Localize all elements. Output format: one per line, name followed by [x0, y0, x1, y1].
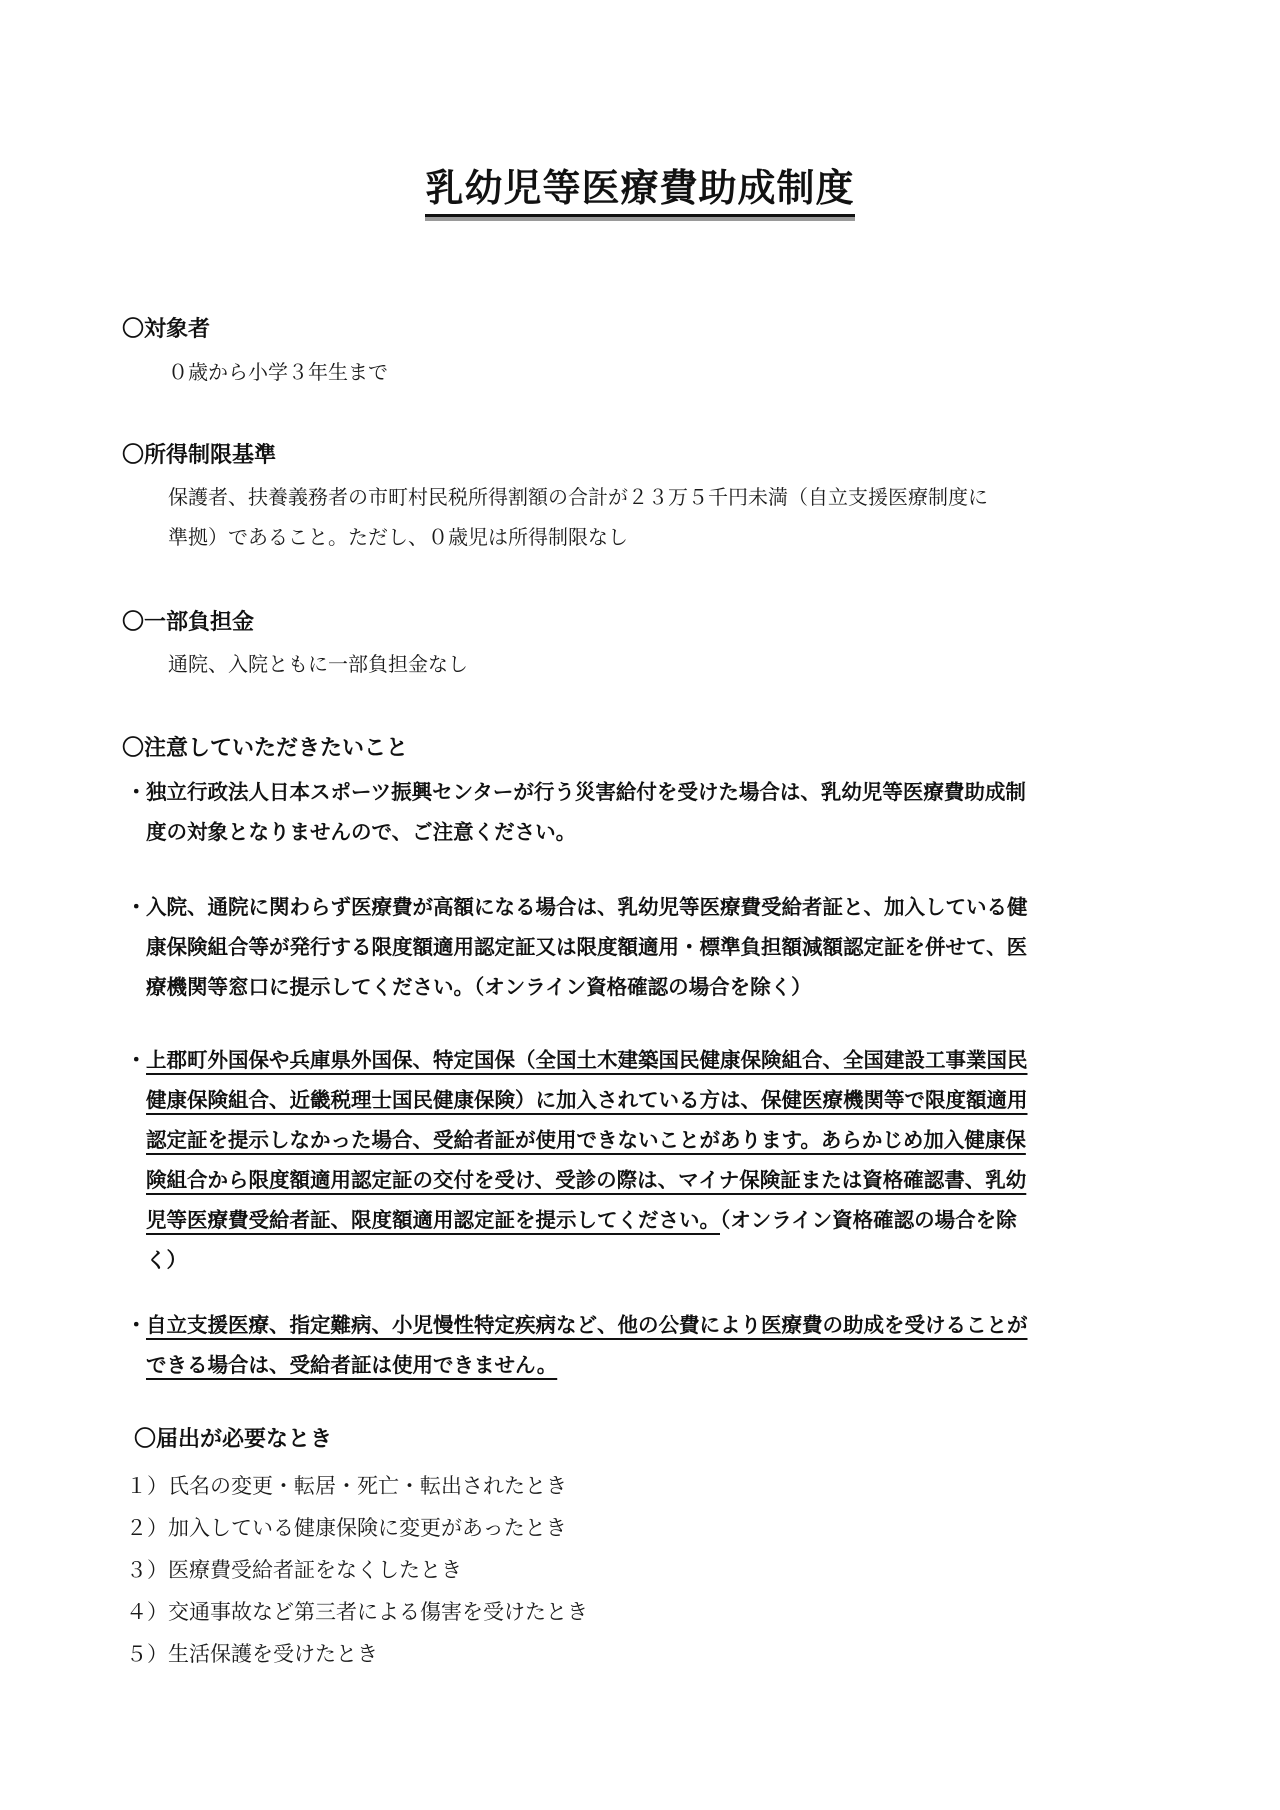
note-3-line-5-rest: （オンライン資格確認の場合を除: [720, 1208, 1017, 1232]
note-1-line-2: 度の対象となりませんので、ご注意ください。: [146, 812, 1166, 852]
note-2-line-1: 入院、通院に関わらず医療費が高額になる場合は、乳幼児等医療費受給者証と、加入して…: [146, 887, 1166, 927]
income-limit-line-1: 保護者、扶養義務者の市町村民税所得割額の合計が２３万５千円未満（自立支援医療制度…: [168, 477, 988, 517]
note-3-line-3: 認定証を提示しなかった場合、受給者証が使用できないことがあります。あらかじめ加入…: [146, 1128, 1026, 1152]
title-container: 乳幼児等医療費助成制度: [0, 166, 1280, 217]
bullet-icon: ・: [126, 887, 146, 927]
bullet-icon: ・: [126, 772, 146, 812]
list-item: ３）医療費受給者証をなくしたとき: [126, 1549, 588, 1591]
note-item-4: ・ 自立支援医療、指定難病、小児慢性特定疾病など、他の公費により医療費の助成を受…: [126, 1305, 1166, 1385]
eligibility-text: ０歳から小学３年生まで: [168, 352, 388, 392]
note-item-2: ・ 入院、通院に関わらず医療費が高額になる場合は、乳幼児等医療費受給者証と、加入…: [126, 887, 1166, 1007]
section-heading-notes: 〇注意していただきたいこと: [122, 734, 408, 764]
list-item: ２）加入している健康保険に変更があったとき: [126, 1507, 588, 1549]
note-3-line-6: く）: [146, 1240, 1166, 1280]
note-3-line-1: 上郡町外国保や兵庫県外国保、特定国保（全国土木建築国民健康保険組合、全国建設工事…: [146, 1048, 1028, 1072]
copay-text: 通院、入院ともに一部負担金なし: [168, 644, 468, 684]
note-2-line-2: 康保険組合等が発行する限度額適用認定証又は限度額適用・標準負担額減額認定証を併せ…: [146, 927, 1166, 967]
list-item: ４）交通事故など第三者による傷害を受けたとき: [126, 1591, 588, 1633]
notification-list: １）氏名の変更・転居・死亡・転出されたとき ２）加入している健康保険に変更があっ…: [126, 1465, 588, 1675]
document-page: 乳幼児等医療費助成制度 〇対象者 ０歳から小学３年生まで 〇所得制限基準 保護者…: [0, 0, 1280, 1810]
note-3-line-4: 険組合から限度額適用認定証の交付を受け、受診の際は、マイナ保険証または資格確認書…: [146, 1168, 1026, 1192]
note-1-line-1: 独立行政法人日本スポーツ振興センターが行う災害給付を受けた場合は、乳幼児等医療費…: [146, 772, 1166, 812]
note-4-line-1: 自立支援医療、指定難病、小児慢性特定疾病など、他の公費により医療費の助成を受ける…: [146, 1313, 1028, 1337]
bullet-icon: ・: [126, 1040, 146, 1080]
section-heading-eligibility: 〇対象者: [122, 315, 210, 345]
note-3-line-5-underlined: 児等医療費受給者証、限度額適用認定証を提示してください。: [146, 1208, 720, 1232]
section-heading-copay: 〇一部負担金: [122, 608, 254, 638]
note-2-line-3: 療機関等窓口に提示してください。（オンライン資格確認の場合を除く）: [146, 967, 1166, 1007]
income-limit-line-2: 準拠）であること。ただし、０歳児は所得制限なし: [168, 517, 628, 557]
bullet-icon: ・: [126, 1305, 146, 1345]
list-item: １）氏名の変更・転居・死亡・転出されたとき: [126, 1465, 588, 1507]
note-4-line-2: できる場合は、受給者証は使用できません。: [146, 1353, 557, 1377]
section-heading-income-limit: 〇所得制限基準: [122, 441, 276, 471]
section-heading-notification: 〇届出が必要なとき: [134, 1425, 332, 1455]
page-title: 乳幼児等医療費助成制度: [425, 166, 854, 217]
note-3-line-2: 健康保険組合、近畿税理士国民健康保険）に加入されている方は、保健医療機関等で限度…: [146, 1088, 1028, 1112]
note-item-1: ・ 独立行政法人日本スポーツ振興センターが行う災害給付を受けた場合は、乳幼児等医…: [126, 772, 1166, 852]
list-item: ５）生活保護を受けたとき: [126, 1633, 588, 1675]
note-item-3: ・ 上郡町外国保や兵庫県外国保、特定国保（全国土木建築国民健康保険組合、全国建設…: [126, 1040, 1166, 1280]
